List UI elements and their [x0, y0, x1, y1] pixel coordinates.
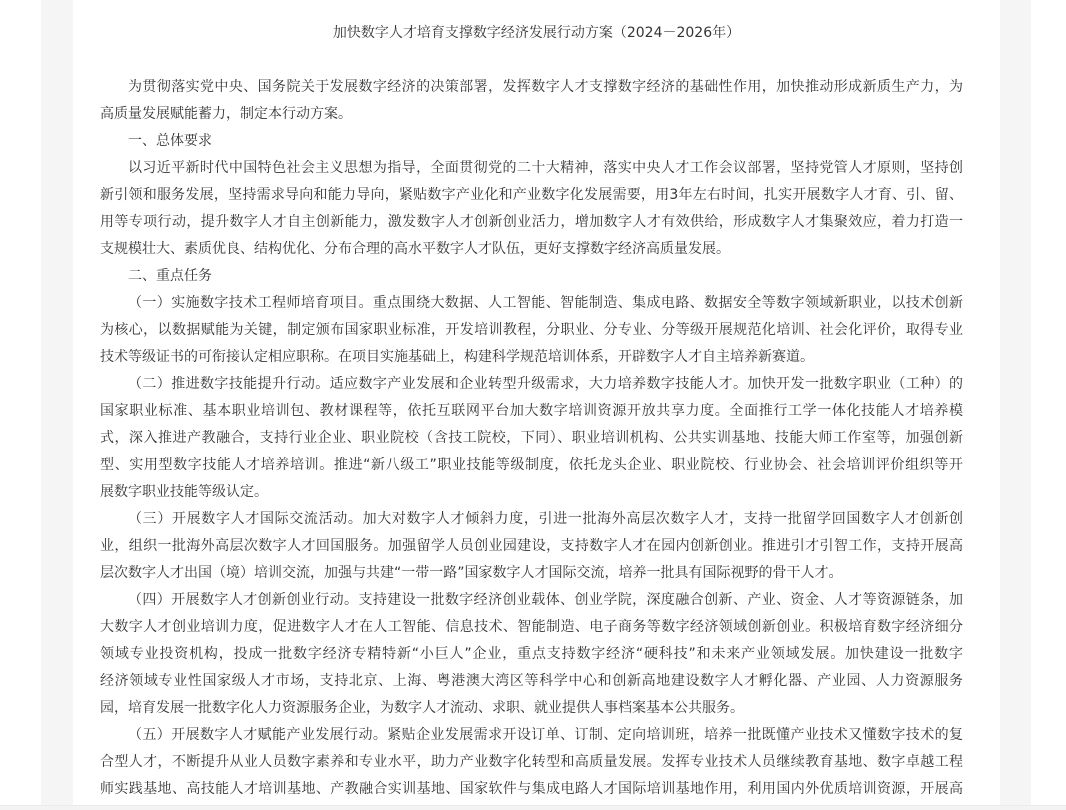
- text-line: 新引领和服务发展，坚持需求导向和能力导向，紧贴数字产业化和产业数字化发展需要，用…: [100, 182, 963, 209]
- article-body: 为贯彻落实党中央、国务院关于发展数字经济的决策部署，发挥数字人才支撑数字经济的基…: [100, 74, 963, 803]
- paragraph-general-requirements: 以习近平新时代中国特色社会主义思想为指导，全面贯彻党的二十大精神，落实中央人才工…: [100, 155, 963, 263]
- text-line: 以习近平新时代中国特色社会主义思想为指导，全面贯彻党的二十大精神，落实中央人才工…: [100, 155, 963, 182]
- text-line: 经济领域专业性国家级人才市场，支持北京、上海、粤港澳大湾区等科学中心和创新高地建…: [100, 668, 963, 695]
- text-line: （三）开展数字人才国际交流活动。加大对数字人才倾斜力度，引进一批海外高层次数字人…: [100, 506, 963, 533]
- left-gutter: [41, 0, 73, 805]
- text-line: 支规模壮大、素质优良、结构优化、分布合理的高水平数字人才队伍，更好支撑数字经济高…: [100, 236, 963, 263]
- text-line: 型、实用型数字技能人才培养培训。推进“新八级工”职业技能等级制度，依托龙头企业、…: [100, 452, 963, 479]
- text-line: （五）开展数字人才赋能产业发展行动。紧贴企业发展需求开设订单、订制、定向培训班，…: [100, 722, 963, 749]
- text-line: 为贯彻落实党中央、国务院关于发展数字经济的决策部署，发挥数字人才支撑数字经济的基…: [100, 74, 963, 101]
- text-line: 技术等级证书的可衔接认定相应职称。在项目实施基础上，构建科学规范培训体系，开辟数…: [100, 344, 963, 371]
- paragraph-task-5: （五）开展数字人才赋能产业发展行动。紧贴企业发展需求开设订单、订制、定向培训班，…: [100, 722, 963, 803]
- section-heading-key-tasks: 二、重点任务: [100, 263, 963, 290]
- text-line: 高质量发展赋能蓄力，制定本行动方案。: [100, 101, 963, 128]
- text-line: （二）推进数字技能提升行动。适应数字产业发展和企业转型升级需求，大力培养数字技能…: [100, 371, 963, 398]
- text-line: 合型人才，不断提升从业人员数字素养和专业水平，助力产业数字化转型和高质量发展。发…: [100, 749, 963, 776]
- text-line: 用等专项行动，提升数字人才自主创新能力，激发数字人才创新创业活力，增加数字人才有…: [100, 209, 963, 236]
- document-title: 加快数字人才培育支撑数字经济发展行动方案（2024－2026年）: [73, 24, 1000, 42]
- text-line: 国家职业标准、基本职业培训包、教材课程等，依托互联网平台加大数字培训资源开放共享…: [100, 398, 963, 425]
- section-heading-general-requirements: 一、总体要求: [100, 128, 963, 155]
- text-line: 式，深入推进产教融合，支持行业企业、职业院校（含技工院校，下同）、职业培训机构、…: [100, 425, 963, 452]
- text-line: 层次数字人才出国（境）培训交流，加强与共建“一带一路”国家数字人才国际交流，培养…: [100, 560, 963, 587]
- document-page: 加快数字人才培育支撑数字经济发展行动方案（2024－2026年） 为贯彻落实党中…: [73, 0, 1000, 805]
- text-line: （四）开展数字人才创新创业行动。支持建设一批数字经济创业载体、创业学院，深度融合…: [100, 587, 963, 614]
- text-line: 业，组织一批海外高层次数字人才回国服务。加强留学人员创业园建设，支持数字人才在园…: [100, 533, 963, 560]
- text-line: （一）实施数字技术工程师培育项目。重点围绕大数据、人工智能、智能制造、集成电路、…: [100, 290, 963, 317]
- right-gutter: [1000, 0, 1031, 805]
- text-line: 师实践基地、高技能人才培训基地、产教融合实训基地、国家软件与集成电路人才国际培训…: [100, 776, 963, 803]
- horizontal-scrollbar-track[interactable]: [0, 805, 1066, 810]
- paragraph-task-3: （三）开展数字人才国际交流活动。加大对数字人才倾斜力度，引进一批海外高层次数字人…: [100, 506, 963, 587]
- paragraph-task-1: （一）实施数字技术工程师培育项目。重点围绕大数据、人工智能、智能制造、集成电路、…: [100, 290, 963, 371]
- paragraph-task-4: （四）开展数字人才创新创业行动。支持建设一批数字经济创业载体、创业学院，深度融合…: [100, 587, 963, 722]
- text-line: 为核心，以数据赋能为关键，制定颁布国家职业标准，开发培训教程，分职业、分专业、分…: [100, 317, 963, 344]
- paragraph-intro: 为贯彻落实党中央、国务院关于发展数字经济的决策部署，发挥数字人才支撑数字经济的基…: [100, 74, 963, 128]
- text-line: 展数字职业技能等级认定。: [100, 479, 963, 506]
- text-line: 园，培育发展一批数字化人力资源服务企业，为数字人才流动、求职、就业提供人事档案基…: [100, 695, 963, 722]
- text-line: 大数字人才创业培训力度，促进数字人才在人工智能、信息技术、智能制造、电子商务等数…: [100, 614, 963, 641]
- text-line: 领域专业投资机构，投成一批数字经济专精特新“小巨人”企业，重点支持数字经济“硬科…: [100, 641, 963, 668]
- paragraph-task-2: （二）推进数字技能提升行动。适应数字产业发展和企业转型升级需求，大力培养数字技能…: [100, 371, 963, 506]
